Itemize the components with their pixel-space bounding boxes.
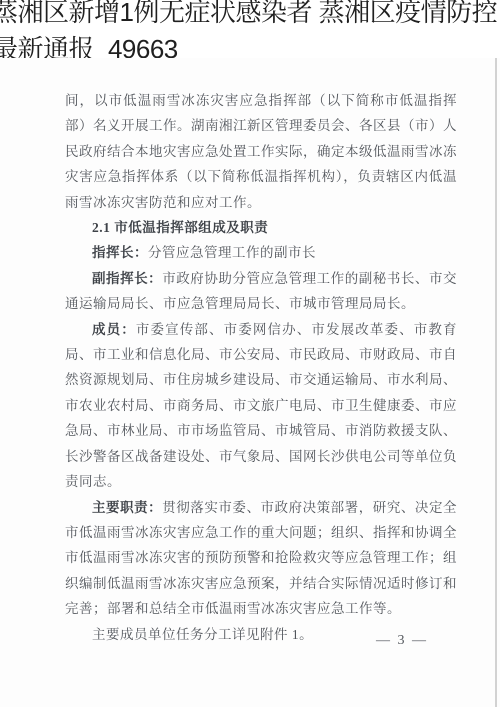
paragraph-label: 指挥长： [92,245,148,260]
labeled-paragraph: 副指挥长：市政府协助分管应急管理工作的副秘书长、市交通运输局局长、市应急管理局局… [65,266,457,317]
scanned-document-page: 间，以市低温雨雪冰冻灾害应急指挥部（以下简称市低温指挥部）名义开展工作。湖南湘江… [0,58,500,707]
labeled-paragraph: 主要职责：贯彻落实市委、市政府决策部署，研究、决定全市低温雨雪冰冻灾害应急工作的… [65,495,457,622]
labeled-paragraph: 指挥长：分管应急管理工作的副市长 [65,240,457,265]
page-number: — 3 — [376,633,428,649]
document-body: 间，以市低温雨雪冰冻灾害应急指挥部（以下简称市低温指挥部）名义开展工作。湖南湘江… [65,88,457,647]
paragraph-label: 副指挥长： [92,271,162,286]
paragraph-label: 成员： [92,322,136,337]
page-title-line-1: 蒸湘区新增1例无症状感染者 蒸湘区疫情防控 [0,0,500,31]
paragraph-label: 主要职责： [92,500,162,515]
body-paragraph: 间，以市低温雨雪冰冻灾害应急指挥部（以下简称市低温指挥部）名义开展工作。湖南湘江… [65,88,457,215]
scan-page-edge-line [495,58,497,707]
labeled-paragraph: 成员：市委宣传部、市委网信办、市发展改革委、市教育局、市工业和信息化局、市公安局… [65,317,457,495]
section-heading: 2.1 市低温指挥部组成及职责 [65,215,457,240]
